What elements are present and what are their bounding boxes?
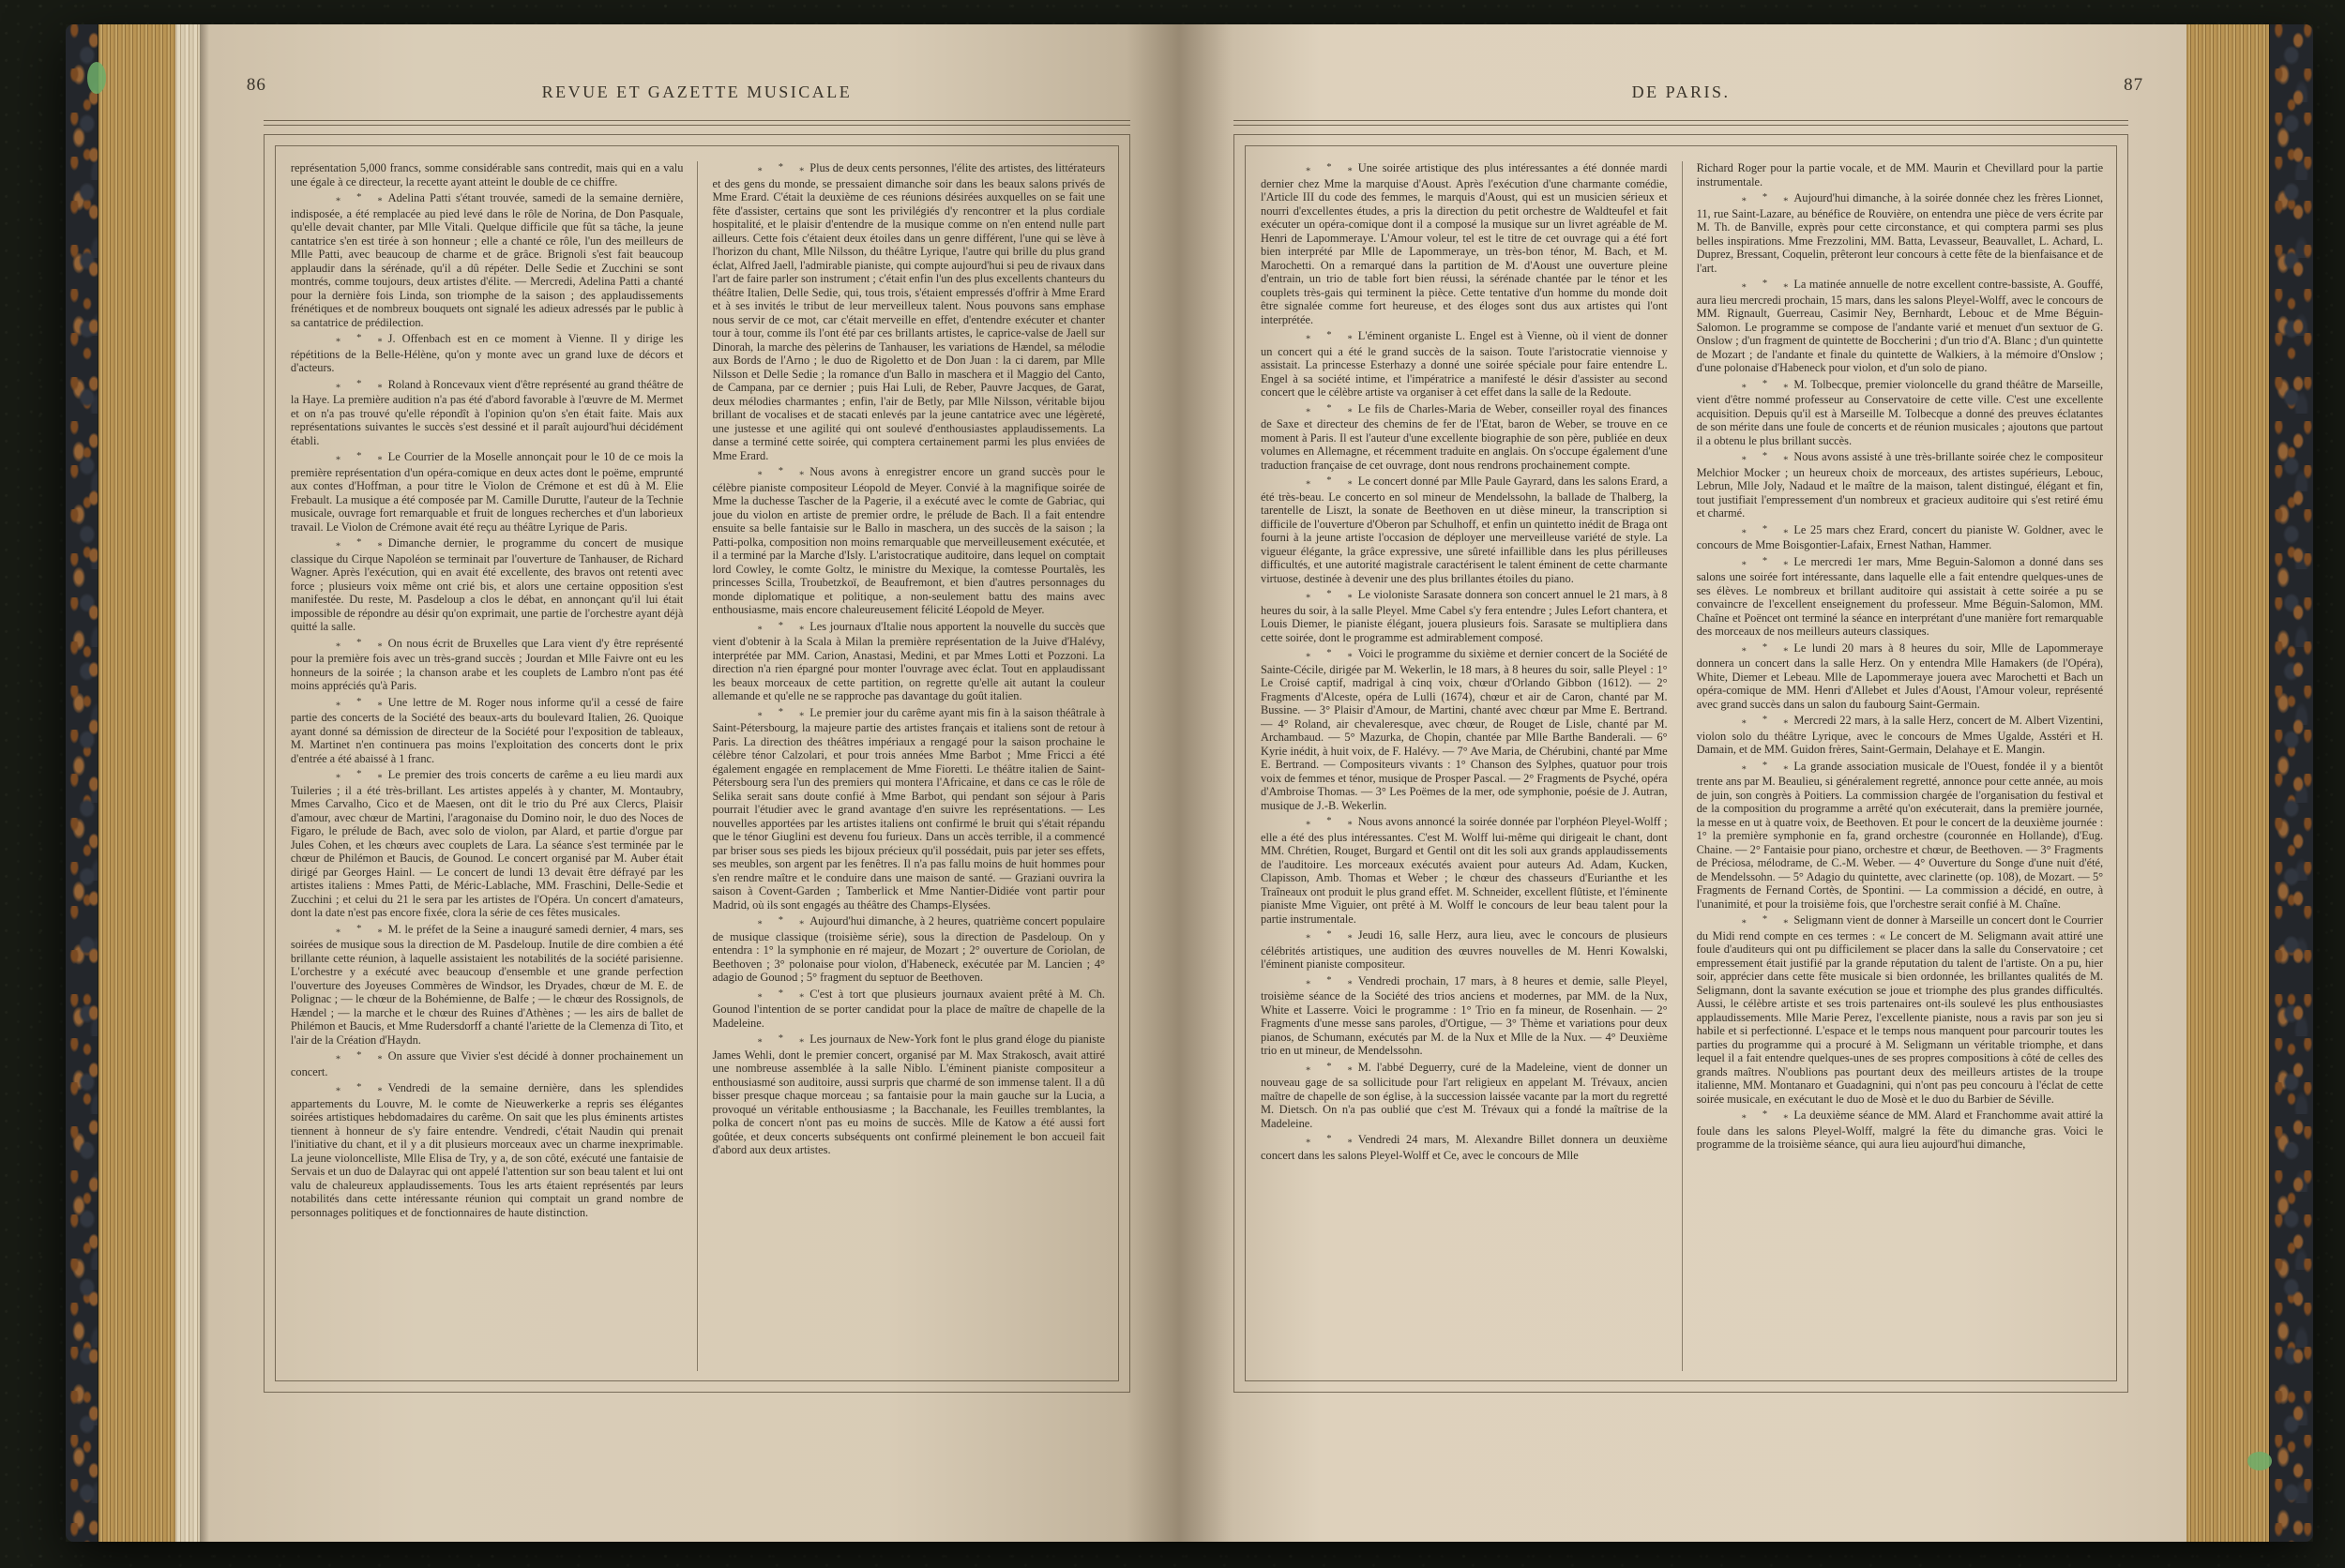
paragraph: ***L'éminent organiste L. Engel est à Vi… bbox=[1261, 329, 1668, 400]
asterism-marker-icon: *** bbox=[727, 989, 805, 1003]
paragraph: ***Mercredi 22 mars, à la salle Herz, co… bbox=[1697, 714, 2104, 757]
paragraph: ***Vendredi de la semaine dernière, dans… bbox=[291, 1081, 684, 1219]
paragraph: ***Aujourd'hui dimanche, à 2 heures, qua… bbox=[712, 914, 1105, 985]
paragraph: ***Adelina Patti s'étant trouvée, samedi… bbox=[291, 191, 684, 329]
paragraph: ***C'est à tort que plusieurs journaux a… bbox=[712, 988, 1105, 1031]
asterism-marker-icon: *** bbox=[306, 1083, 384, 1097]
asterism-marker-icon: *** bbox=[306, 193, 384, 207]
text-column: représentation 5,000 francs, somme consi… bbox=[291, 161, 684, 1371]
asterism-marker-icon: *** bbox=[1276, 649, 1354, 663]
paragraph: ***Le Courrier de la Moselle annonçait p… bbox=[291, 450, 684, 534]
photo-background: 86 REVUE ET GAZETTE MUSICALE représentat… bbox=[0, 0, 2345, 1568]
paragraph: ***La deuxième séance de MM. Alard et Fr… bbox=[1697, 1108, 2104, 1152]
paragraph: ***Aujourd'hui dimanche, à la soirée don… bbox=[1697, 191, 2104, 275]
asterism-marker-icon: *** bbox=[1712, 452, 1790, 466]
asterism-marker-icon: *** bbox=[727, 916, 805, 930]
asterism-marker-icon: *** bbox=[1712, 643, 1790, 657]
asterism-marker-icon: *** bbox=[1276, 817, 1354, 831]
marbled-board-edge-left bbox=[66, 24, 98, 1542]
paragraph: ***Jeudi 16, salle Herz, aura lieu, avec… bbox=[1261, 928, 1668, 972]
header-rule-left bbox=[264, 120, 1130, 126]
paragraph: ***Le fils de Charles-Maria de Weber, co… bbox=[1261, 402, 1668, 473]
paragraph: ***M. le préfet de la Seine a inauguré s… bbox=[291, 923, 684, 1048]
paragraph: ***Le concert donné par Mlle Paule Gayra… bbox=[1261, 475, 1668, 585]
paragraph: ***Nous avons assisté à une très-brillan… bbox=[1697, 450, 2104, 520]
paragraph: ***Une soirée artistique des plus intére… bbox=[1261, 161, 1668, 326]
paragraph: ***Roland à Roncevaux vient d'être repré… bbox=[291, 378, 684, 448]
paragraph: ***J. Offenbach est en ce moment à Vienn… bbox=[291, 332, 684, 375]
running-head-right: DE PARIS. 87 bbox=[1233, 71, 2128, 120]
asterism-marker-icon: *** bbox=[1276, 1135, 1354, 1149]
paragraph: Richard Roger pour la partie vocale, et … bbox=[1697, 161, 2104, 188]
asterism-marker-icon: *** bbox=[306, 1051, 384, 1065]
asterism-marker-icon: *** bbox=[727, 467, 805, 481]
journal-title-right: DE PARIS. bbox=[1233, 83, 2128, 102]
text-column: Richard Roger pour la partie vocale, et … bbox=[1682, 161, 2104, 1371]
asterism-marker-icon: *** bbox=[306, 698, 384, 712]
asterism-marker-icon: *** bbox=[727, 708, 805, 722]
asterism-marker-icon: *** bbox=[727, 163, 805, 177]
green-board-accent-top-left bbox=[87, 62, 106, 94]
page-right: DE PARIS. 87 ***Une soirée artistique de… bbox=[1179, 24, 2186, 1542]
asterism-marker-icon: *** bbox=[1712, 193, 1790, 207]
asterism-marker-icon: *** bbox=[1276, 590, 1354, 604]
asterism-marker-icon: *** bbox=[1712, 1110, 1790, 1124]
paragraph: ***Dimanche dernier, le programme du con… bbox=[291, 536, 684, 634]
open-book: 86 REVUE ET GAZETTE MUSICALE représentat… bbox=[66, 24, 2313, 1542]
asterism-marker-icon: *** bbox=[727, 622, 805, 636]
asterism-marker-icon: *** bbox=[1276, 331, 1354, 345]
text-frame-right: ***Une soirée artistique des plus intére… bbox=[1233, 134, 2128, 1393]
asterism-marker-icon: *** bbox=[1712, 279, 1790, 294]
text-frame-left: représentation 5,000 francs, somme consi… bbox=[264, 134, 1130, 1393]
asterism-marker-icon: *** bbox=[1712, 915, 1790, 929]
running-head-left: 86 REVUE ET GAZETTE MUSICALE bbox=[264, 71, 1130, 120]
paragraph: ***Nous avons annoncé la soirée donnée p… bbox=[1261, 815, 1668, 926]
asterism-marker-icon: *** bbox=[1276, 976, 1354, 990]
asterism-marker-icon: *** bbox=[1276, 930, 1354, 944]
header-rule-right bbox=[1233, 120, 2128, 126]
asterism-marker-icon: *** bbox=[1712, 761, 1790, 776]
paragraph: ***Une lettre de M. Roger nous informe q… bbox=[291, 696, 684, 766]
paragraph: ***Seligmann vient de donner à Marseille… bbox=[1697, 913, 2104, 1106]
paragraph: ***Le 25 mars chez Erard, concert du pia… bbox=[1697, 523, 2104, 552]
paragraph: ***M. l'abbé Deguerry, curé de la Madele… bbox=[1261, 1061, 1668, 1131]
paragraph: ***Vendredi 24 mars, M. Alexandre Billet… bbox=[1261, 1133, 1668, 1162]
text-column: ***Plus de deux cents personnes, l'élite… bbox=[697, 161, 1105, 1371]
paragraph: ***Voici le programme du sixième et dern… bbox=[1261, 647, 1668, 812]
asterism-marker-icon: *** bbox=[306, 334, 384, 348]
asterism-marker-icon: *** bbox=[1712, 380, 1790, 394]
paragraph: ***On assure que Vivier s'est décidé à d… bbox=[291, 1049, 684, 1078]
paragraph: ***Plus de deux cents personnes, l'élite… bbox=[712, 161, 1105, 462]
asterism-marker-icon: *** bbox=[1276, 163, 1354, 177]
paragraph: ***Les journaux d'Italie nous apportent … bbox=[712, 620, 1105, 703]
paragraph: représentation 5,000 francs, somme consi… bbox=[291, 161, 684, 188]
paragraph: ***On nous écrit de Bruxelles que Lara v… bbox=[291, 637, 684, 693]
paragraph: ***Le premier des trois concerts de carê… bbox=[291, 768, 684, 920]
marbled-board-edge-right bbox=[2270, 24, 2313, 1542]
asterism-marker-icon: *** bbox=[306, 380, 384, 394]
asterism-marker-icon: *** bbox=[1712, 716, 1790, 730]
paragraph: ***La grande association musicale de l'O… bbox=[1697, 760, 2104, 912]
asterism-marker-icon: *** bbox=[1276, 1063, 1354, 1077]
asterism-marker-icon: *** bbox=[306, 538, 384, 552]
text-column: ***Une soirée artistique des plus intére… bbox=[1261, 161, 1668, 1371]
asterism-marker-icon: *** bbox=[1712, 525, 1790, 539]
paragraph: ***Les journaux de New-York font le plus… bbox=[712, 1033, 1105, 1157]
page-stack-edge-left bbox=[175, 24, 200, 1542]
asterism-marker-icon: *** bbox=[306, 770, 384, 784]
asterism-marker-icon: *** bbox=[1276, 476, 1354, 490]
page-number-right: 87 bbox=[2124, 75, 2143, 96]
asterism-marker-icon: *** bbox=[306, 452, 384, 466]
paragraph: ***Le lundi 20 mars à 8 heures du soir, … bbox=[1697, 641, 2104, 712]
paragraph: ***La matinée annuelle de notre excellen… bbox=[1697, 278, 2104, 375]
paragraph: ***Nous avons à enregistrer encore un gr… bbox=[712, 465, 1105, 617]
asterism-marker-icon: *** bbox=[1712, 557, 1790, 571]
gilt-page-edges-right bbox=[2186, 24, 2270, 1542]
asterism-marker-icon: *** bbox=[727, 1034, 805, 1048]
page-left: 86 REVUE ET GAZETTE MUSICALE représentat… bbox=[200, 24, 1179, 1542]
gilt-page-edges-left bbox=[98, 24, 175, 1542]
paragraph: ***M. Tolbecque, premier violoncelle du … bbox=[1697, 378, 2104, 448]
paragraph: ***Le mercredi 1er mars, Mme Beguin-Salo… bbox=[1697, 555, 2104, 639]
paragraph: ***Le premier jour du carême ayant mis f… bbox=[712, 706, 1105, 912]
green-board-accent-bottom-right bbox=[2247, 1452, 2272, 1470]
journal-title-left: REVUE ET GAZETTE MUSICALE bbox=[264, 83, 1130, 102]
asterism-marker-icon: *** bbox=[1276, 404, 1354, 418]
asterism-marker-icon: *** bbox=[306, 639, 384, 653]
paragraph: ***Vendredi prochain, 17 mars, à 8 heure… bbox=[1261, 974, 1668, 1058]
paragraph: ***Le violoniste Sarasate donnera son co… bbox=[1261, 588, 1668, 644]
asterism-marker-icon: *** bbox=[306, 925, 384, 939]
